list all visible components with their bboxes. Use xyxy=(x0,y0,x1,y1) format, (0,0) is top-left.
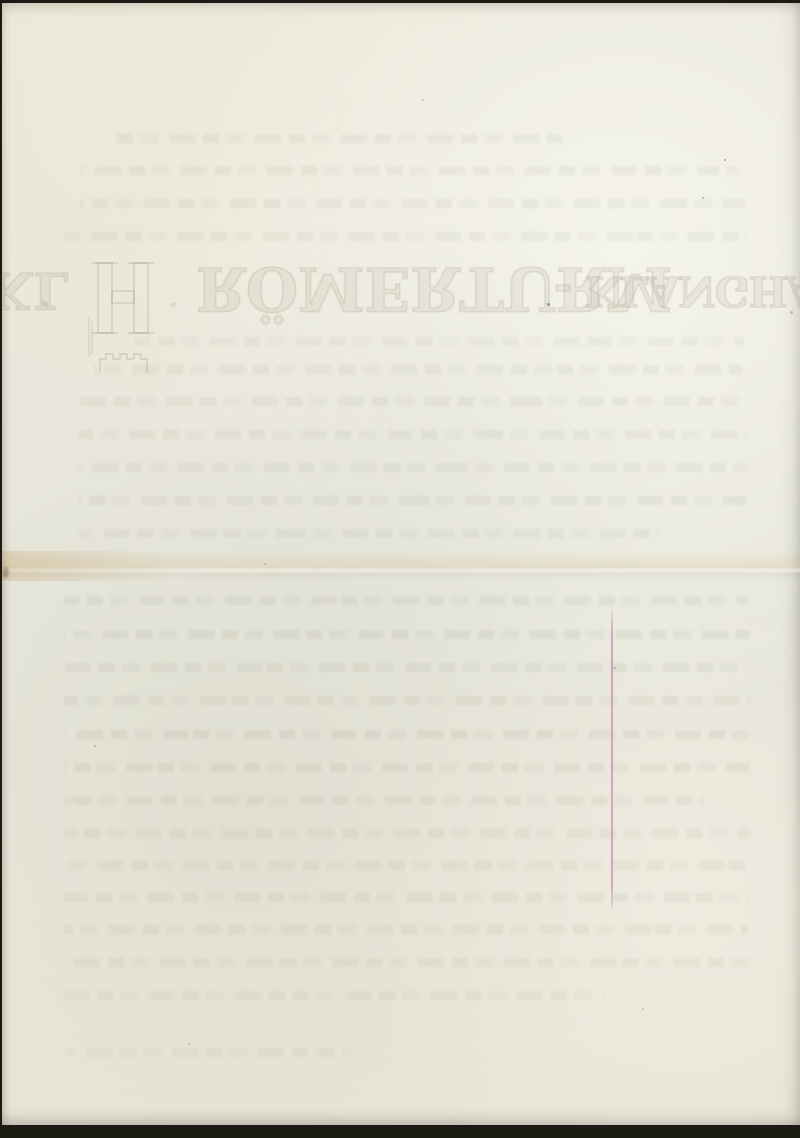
dust-speck xyxy=(790,311,793,314)
dust-speck xyxy=(547,303,550,306)
dust-speck xyxy=(614,667,616,669)
dust-speck xyxy=(702,197,704,199)
specks-layer xyxy=(2,3,800,1125)
dust-speck xyxy=(94,745,96,747)
photo-back-paper: KL ⸗ · RÖMERTURM - KLANGHAL xyxy=(2,3,800,1125)
dust-speck xyxy=(264,563,266,565)
dust-speck xyxy=(724,159,726,161)
dust-speck xyxy=(642,1008,644,1010)
dust-speck xyxy=(422,99,424,101)
dust-speck xyxy=(188,1043,190,1045)
scanned-photo-back: KL ⸗ · RÖMERTURM - KLANGHAL xyxy=(0,0,800,1138)
